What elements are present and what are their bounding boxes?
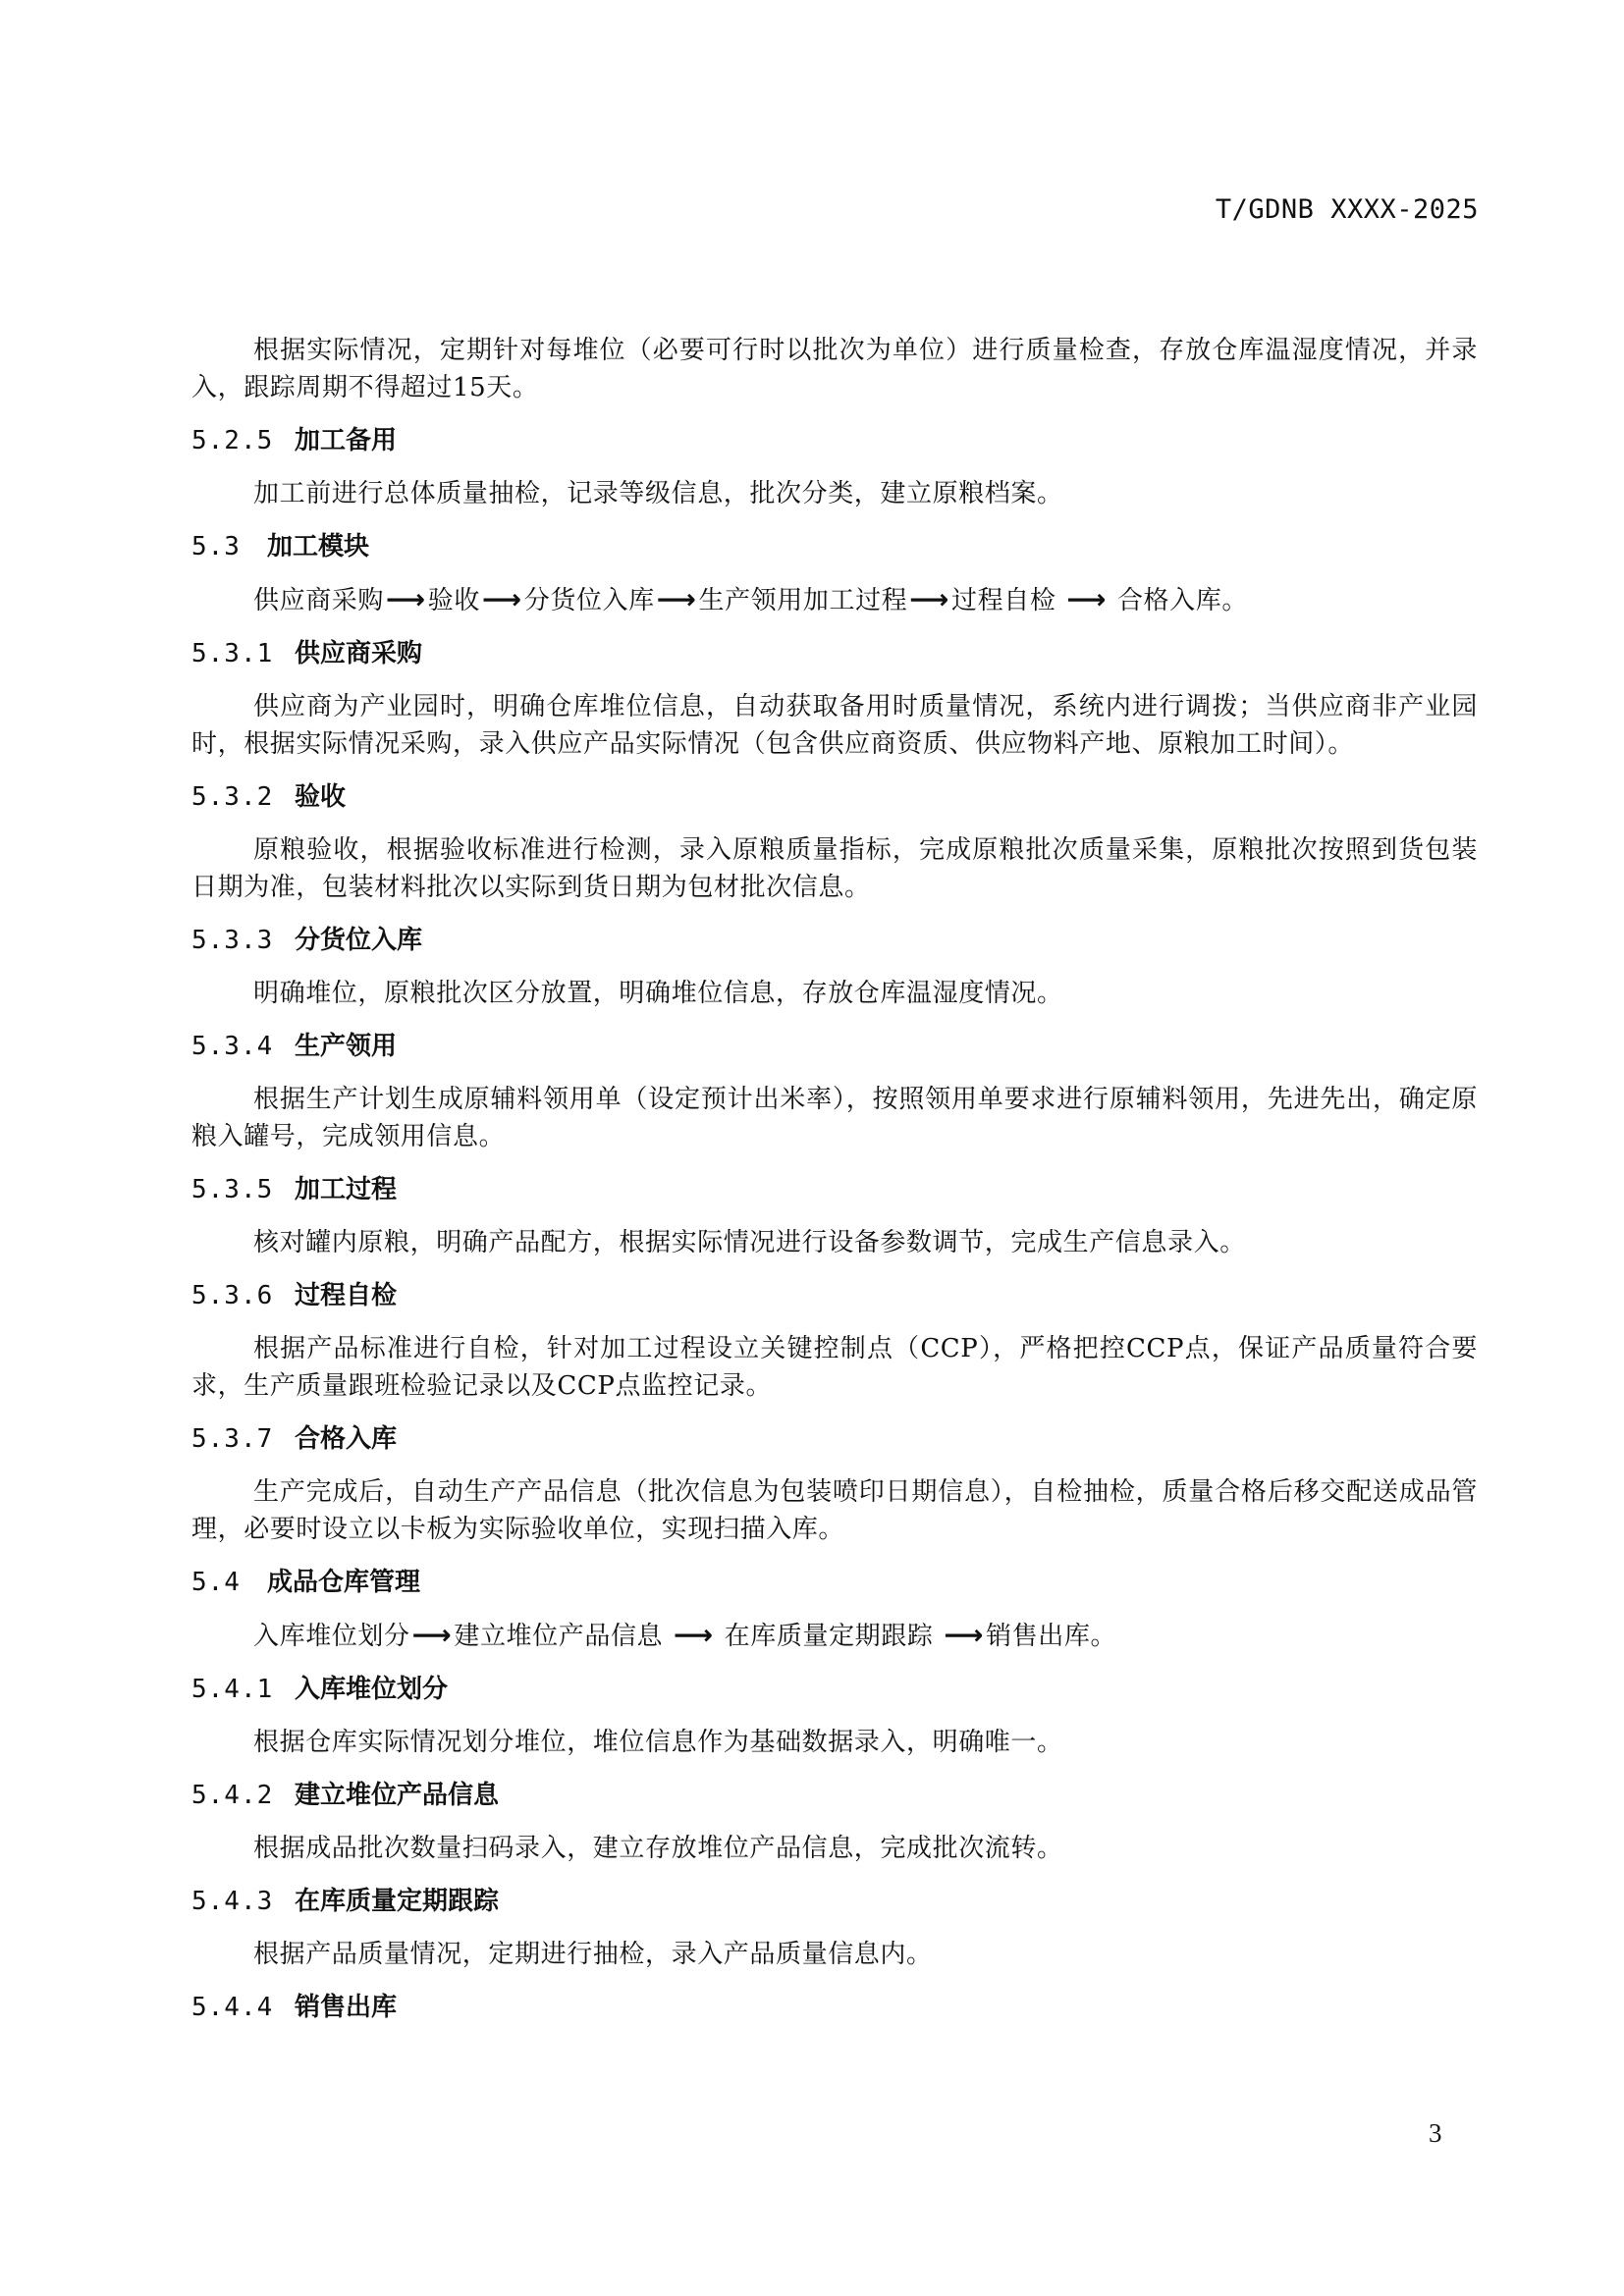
section-number: 5.4.4 (191, 1989, 295, 2026)
flow-step: 供应商采购 (253, 586, 384, 615)
section-number: 5.4 (191, 1564, 267, 1601)
paragraph: 生产完成后，自动生产产品信息（批次信息为包装喷印日期信息），自检抽检，质量合格后… (191, 1473, 1478, 1548)
section-heading-5-3-4: 5.3.4 生产领用 (191, 1028, 1478, 1065)
section-number: 5.4.2 (191, 1777, 295, 1814)
section-heading-5-3-2: 5.3.2 验收 (191, 778, 1478, 816)
section-number: 5.3.5 (191, 1171, 295, 1208)
section-heading-5-3-1: 5.3.1 供应商采购 (191, 635, 1478, 672)
section-title: 销售出库 (295, 1989, 397, 2026)
paragraph: 明确堆位，原粮批次区分放置，明确堆位信息，存放仓库温湿度情况。 (191, 975, 1478, 1012)
section-heading-5-2-5: 5.2.5 加工备用 (191, 422, 1478, 459)
paragraph: 根据产品标准进行自检，针对加工过程设立关键控制点（CCP），严格把控CCP点，保… (191, 1330, 1478, 1405)
section-title: 供应商采购 (295, 635, 422, 672)
arrow-right-icon: ⟶ (1066, 583, 1107, 615)
section-heading-5-4-2: 5.4.2 建立堆位产品信息 (191, 1777, 1478, 1814)
section-number: 5.3.4 (191, 1028, 295, 1065)
section-heading-5-4-1: 5.4.1 入库堆位划分 (191, 1671, 1478, 1708)
paragraph: 核对罐内原粮，明确产品配方，根据实际情况进行设备参数调节，完成生产信息录入。 (191, 1224, 1478, 1261)
flow-step: 合格入库。 (1117, 586, 1248, 615)
section-number: 5.4.3 (191, 1883, 295, 1920)
flow-step: 建立堆位产品信息 (454, 1622, 663, 1651)
section-number: 5.3.7 (191, 1420, 295, 1458)
section-number: 5.4.1 (191, 1671, 295, 1708)
section-title: 加工备用 (295, 422, 397, 459)
paragraph: 根据成品批次数量扫码录入，建立存放堆位产品信息，完成批次流转。 (191, 1830, 1478, 1867)
process-flow-processing: 供应商采购⟶验收⟶分货位入库⟶生产领用加工过程⟶过程自检 ⟶ 合格入库。 (253, 581, 1478, 619)
paragraph: 供应商为产业园时，明确仓库堆位信息，自动获取备用时质量情况，系统内进行调拨；当供… (191, 688, 1478, 763)
section-heading-5-4: 5.4 成品仓库管理 (191, 1564, 1478, 1601)
arrow-right-icon: ⟶ (386, 583, 426, 615)
section-number: 5.3.1 (191, 635, 295, 672)
section-heading-5-3-7: 5.3.7 合格入库 (191, 1420, 1478, 1458)
section-title: 加工模块 (267, 528, 369, 565)
section-heading-5-3: 5.3 加工模块 (191, 528, 1478, 565)
page-number: 3 (1429, 2118, 1442, 2149)
flow-step: 在库质量定期跟踪 (725, 1622, 934, 1651)
section-title: 生产领用 (295, 1028, 397, 1065)
paragraph: 根据产品质量情况，定期进行抽检，录入产品质量信息内。 (191, 1936, 1478, 1973)
section-number: 5.3.2 (191, 778, 295, 816)
flow-step: 入库堆位划分 (253, 1622, 410, 1651)
flow-step: 生产领用加工过程 (698, 586, 907, 615)
section-heading-5-4-4: 5.4.4 销售出库 (191, 1989, 1478, 2026)
flow-step: 销售出库。 (986, 1622, 1116, 1651)
section-title: 过程自检 (295, 1277, 397, 1314)
section-number: 5.2.5 (191, 422, 295, 459)
section-title: 建立堆位产品信息 (295, 1777, 499, 1814)
arrow-right-icon: ⟶ (674, 1619, 714, 1651)
paragraph: 根据仓库实际情况划分堆位，堆位信息作为基础数据录入，明确唯一。 (191, 1724, 1478, 1761)
arrow-right-icon: ⟶ (412, 1619, 453, 1651)
arrow-right-icon: ⟶ (944, 1619, 984, 1651)
section-title: 合格入库 (295, 1420, 397, 1458)
section-heading-5-3-6: 5.3.6 过程自检 (191, 1277, 1478, 1314)
flow-step: 过程自检 (951, 586, 1056, 615)
section-number: 5.3.3 (191, 922, 295, 959)
flow-step: 验收 (428, 586, 480, 615)
section-number: 5.3 (191, 528, 267, 565)
section-title: 成品仓库管理 (267, 1564, 420, 1601)
paragraph: 原粮验收，根据验收标准进行检测，录入原粮质量指标，完成原粮批次质量采集，原粮批次… (191, 831, 1478, 906)
section-number: 5.3.6 (191, 1277, 295, 1314)
arrow-right-icon: ⟶ (482, 583, 522, 615)
arrow-right-icon: ⟶ (657, 583, 697, 615)
section-title: 加工过程 (295, 1171, 397, 1208)
section-heading-5-3-5: 5.3.5 加工过程 (191, 1171, 1478, 1208)
section-heading-5-3-3: 5.3.3 分货位入库 (191, 922, 1478, 959)
arrow-right-icon: ⟶ (909, 583, 949, 615)
section-title: 分货位入库 (295, 922, 422, 959)
section-title: 入库堆位划分 (295, 1671, 448, 1708)
section-title: 在库质量定期跟踪 (295, 1883, 499, 1920)
document-body: 根据实际情况，定期针对每堆位（必要可行时以批次为单位）进行质量检查，存放仓库温湿… (191, 332, 1478, 2042)
paragraph: 加工前进行总体质量抽检，记录等级信息，批次分类，建立原粮档案。 (191, 475, 1478, 512)
flow-step: 分货位入库 (524, 586, 655, 615)
section-title: 验收 (295, 778, 346, 816)
paragraph: 根据实际情况，定期针对每堆位（必要可行时以批次为单位）进行质量检查，存放仓库温湿… (191, 332, 1478, 406)
paragraph: 根据生产计划生成原辅料领用单（设定预计出米率），按照领用单要求进行原辅料领用，先… (191, 1081, 1478, 1155)
document-id-header: T/GDNB XXXX-2025 (1216, 194, 1479, 225)
process-flow-warehouse: 入库堆位划分⟶建立堆位产品信息 ⟶ 在库质量定期跟踪 ⟶销售出库。 (253, 1617, 1478, 1655)
section-heading-5-4-3: 5.4.3 在库质量定期跟踪 (191, 1883, 1478, 1920)
